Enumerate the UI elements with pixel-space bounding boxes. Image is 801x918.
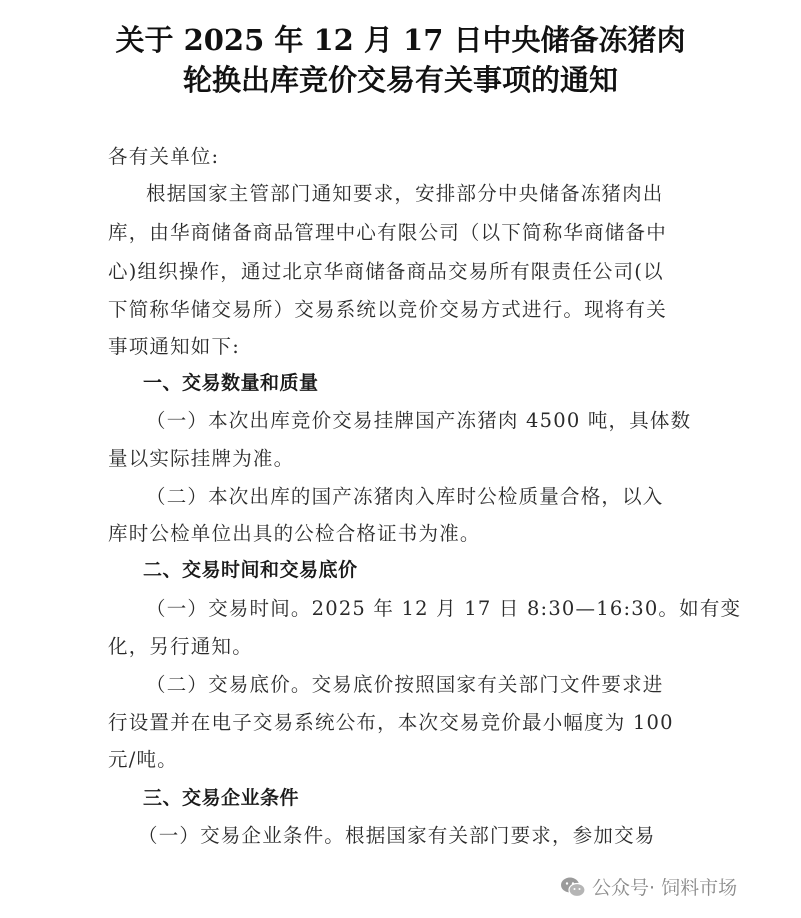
section-3-line: （一）交易企业条件。根据国家有关部门要求，参加交易 <box>138 820 656 848</box>
section-heading-2: 二、交易时间和交易底价 <box>143 555 358 582</box>
section-2-line: 化，另行通知。 <box>108 631 253 659</box>
intro-line: 心)组织操作，通过北京华商储备商品交易所有限责任公司(以 <box>108 256 664 284</box>
intro-line: 根据国家主管部门通知要求，安排部分中央储备冻猪肉出 <box>146 178 664 206</box>
salutation: 各有关单位: <box>108 141 219 169</box>
section-1-line: 量以实际挂牌为准。 <box>108 443 294 471</box>
watermark-text: 公众号· 饲料市场 <box>592 873 737 900</box>
intro-line: 库，由华商储备商品管理中心有限公司（以下简称华商储备中 <box>108 217 667 245</box>
section-2-line: 行设置并在电子交易系统公布，本次交易竞价最小幅度为 100 <box>108 707 674 735</box>
intro-line: 事项通知如下: <box>108 331 240 359</box>
section-heading-3: 三、交易企业条件 <box>143 783 299 810</box>
section-1-line: 库时公检单位出具的公检合格证书为准。 <box>108 518 481 546</box>
section-2-line: 元/吨。 <box>108 744 178 772</box>
section-2-line: （一）交易时间。2025 年 12 月 17 日 8:30—16:30。如有变 <box>146 593 741 621</box>
document-title-line-1: 关于 2025 年 12 月 17 日中央储备冻猪肉 <box>0 18 801 59</box>
section-heading-1: 一、交易数量和质量 <box>143 368 319 395</box>
document-title-line-2: 轮换出库竞价交易有关事项的通知 <box>0 58 801 99</box>
wechat-icon <box>560 876 586 898</box>
section-1-line: （二）本次出库的国产冻猪肉入库时公检质量合格，以入 <box>146 481 664 509</box>
section-2-line: （二）交易底价。交易底价按照国家有关部门文件要求进 <box>146 669 664 697</box>
watermark: 公众号· 饲料市场 <box>560 873 737 900</box>
section-1-line: （一）本次出库竞价交易挂牌国产冻猪肉 4500 吨，具体数 <box>146 405 691 433</box>
intro-line: 下简称华储交易所）交易系统以竞价交易方式进行。现将有关 <box>108 294 667 322</box>
